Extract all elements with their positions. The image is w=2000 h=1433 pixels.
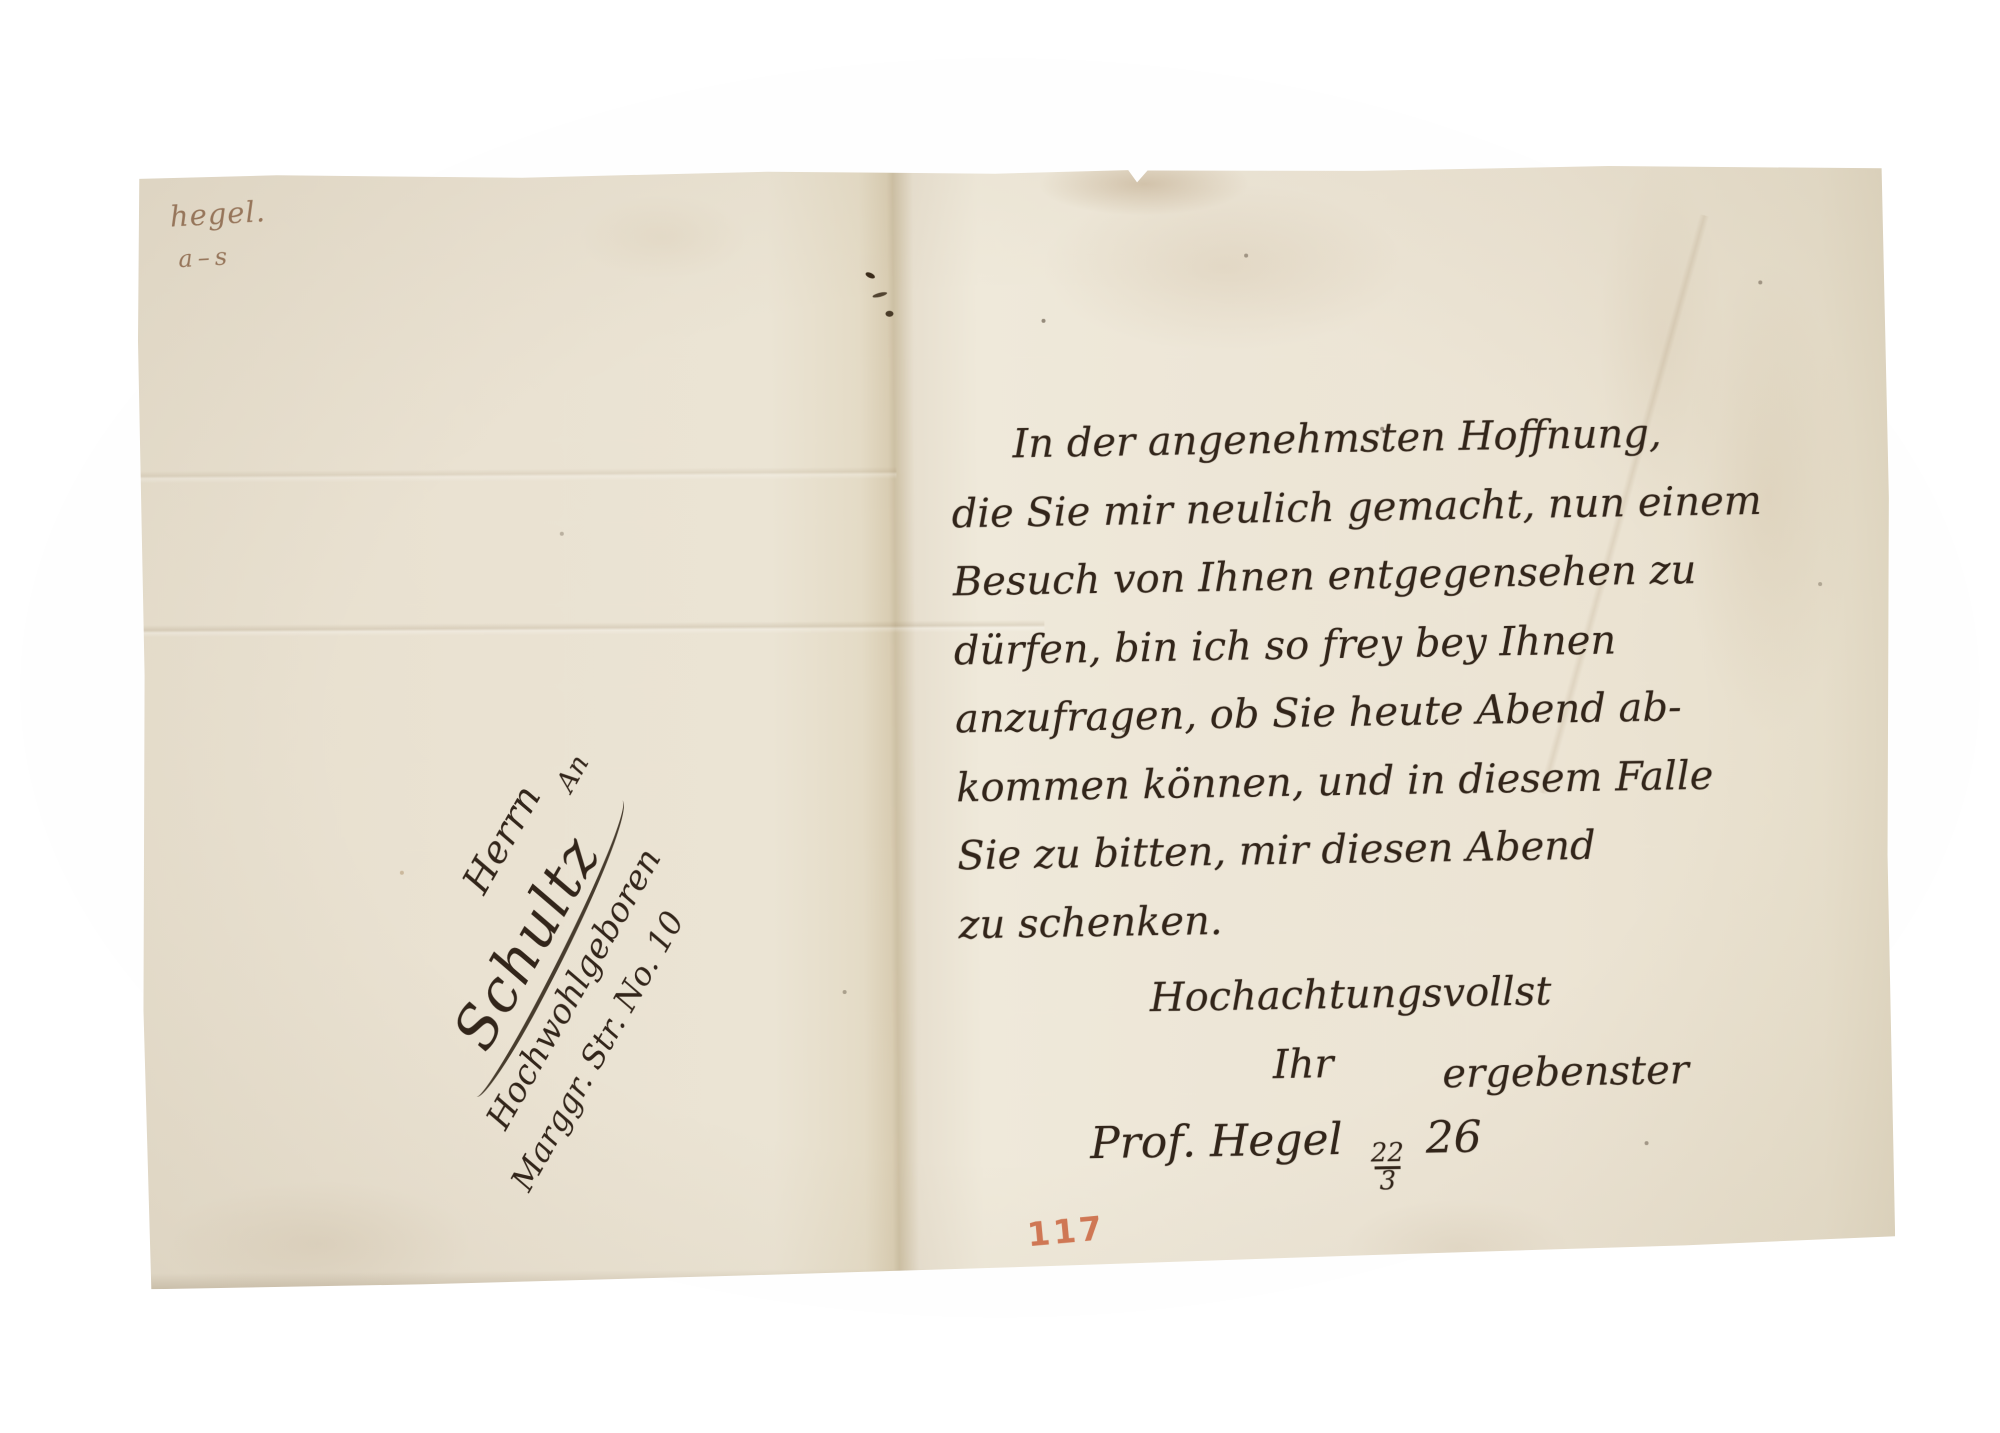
date-month: 3 <box>1374 1166 1401 1194</box>
letter-sheet: hegel. a–s Herrn An Schultz Hochwohlgebo… <box>137 163 1896 1290</box>
ink-speck <box>865 271 876 280</box>
ink-speck <box>872 291 888 299</box>
pencil-note-name: hegel. <box>169 194 267 234</box>
pencil-annotation: hegel. a–s <box>169 194 269 273</box>
date-day: 22 <box>1371 1141 1405 1167</box>
valediction-pronoun: Ihr <box>1272 1041 1333 1088</box>
signature-line: Prof. Hegel 22 3 26 <box>1090 1097 1913 1200</box>
paper-bottom-edge <box>143 1263 1895 1290</box>
red-inventory-number: 117 <box>1025 1208 1106 1254</box>
ink-speck <box>885 311 893 317</box>
pencil-note-code: a–s <box>178 240 270 273</box>
date-year: 26 <box>1425 1112 1482 1164</box>
dust-specks <box>137 173 139 175</box>
date-fraction: 22 3 <box>1371 1141 1405 1195</box>
horizontal-crease-upper <box>138 467 896 484</box>
address-panel: Herrn An Schultz Hochwohlgeboren Marggr.… <box>344 516 878 1196</box>
letter-body: In der angenehmsten Hoffnung, die Sie mi… <box>950 396 1913 1202</box>
closing-line: Hochachtungsvollst <box>1149 952 1910 1033</box>
signature: Prof. Hegel <box>1090 1114 1343 1169</box>
valediction-line: Ihr ergebenster <box>1272 1020 1911 1099</box>
valediction-word: ergebenster <box>1442 1036 1690 1109</box>
photograph-backdrop: hegel. a–s Herrn An Schultz Hochwohlgebo… <box>0 0 2000 1433</box>
